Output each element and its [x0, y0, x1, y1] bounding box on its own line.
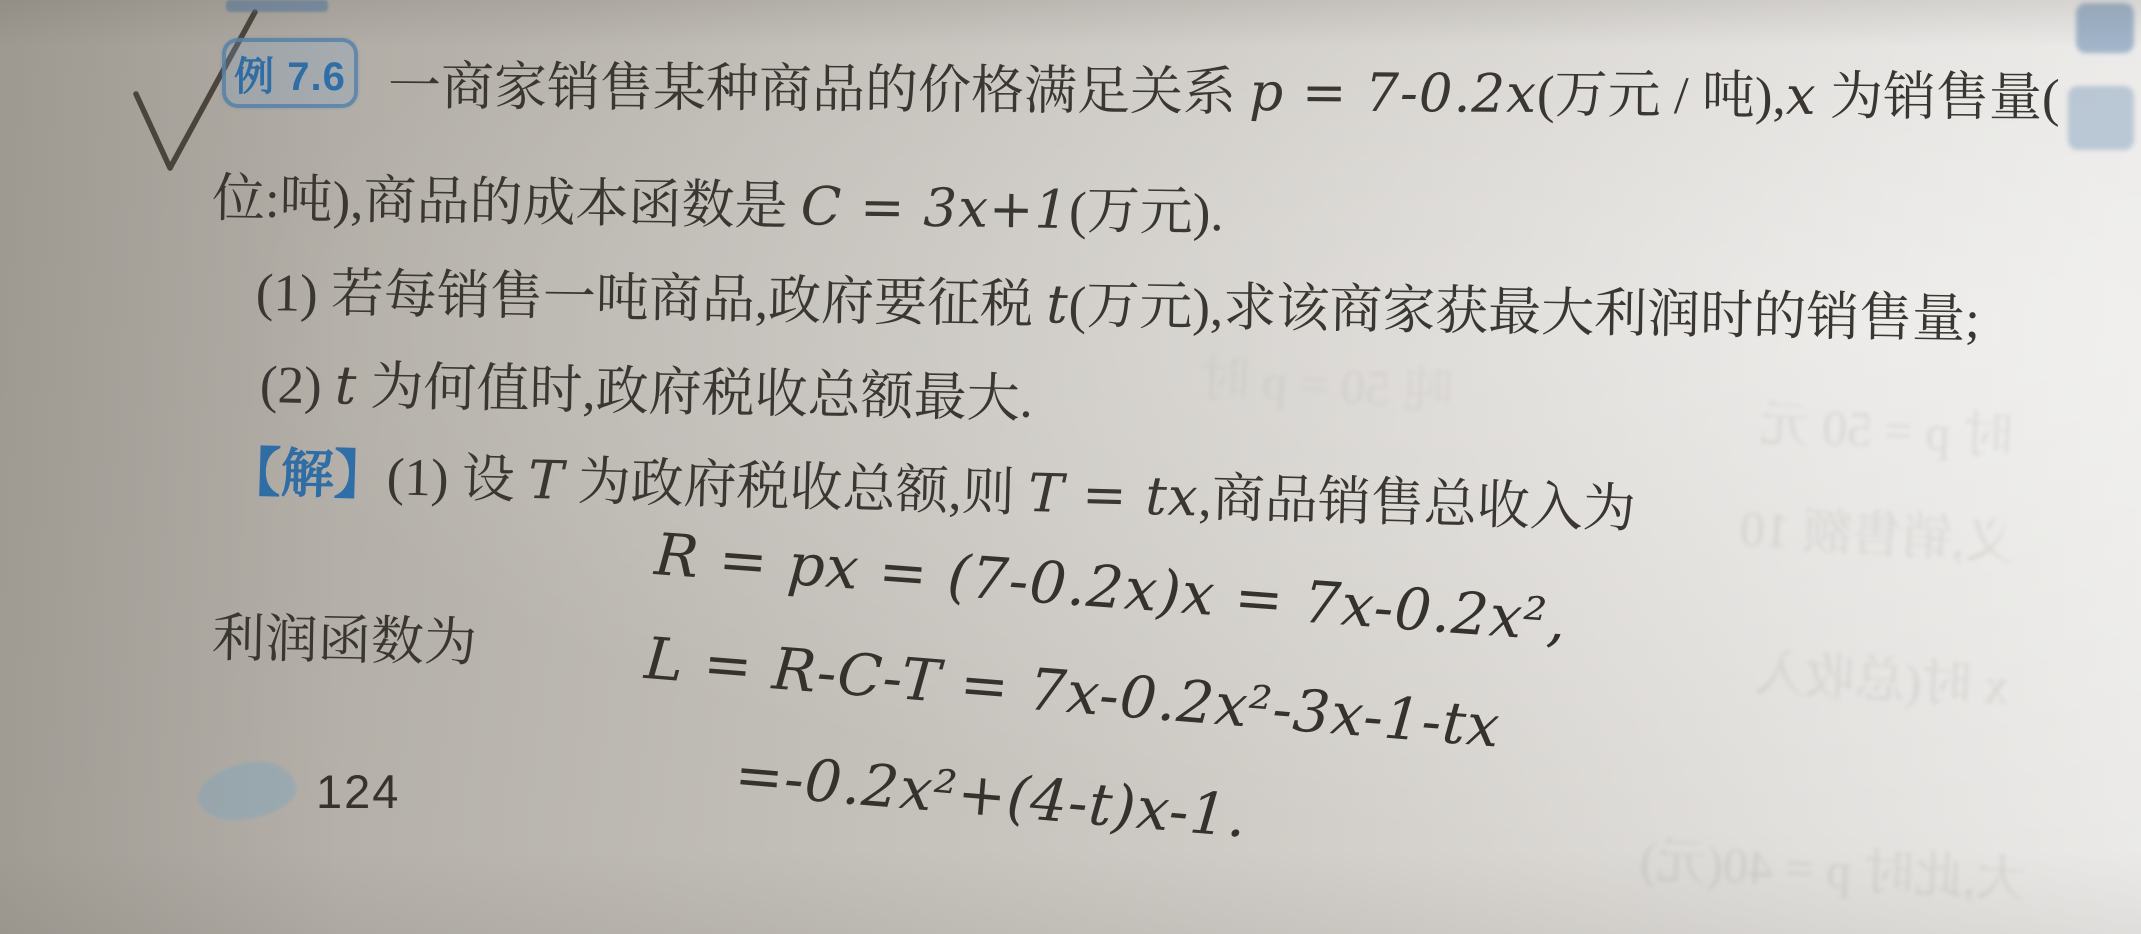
- profit-equation: L = R-C-T = 7x-0.2x²-3x-1-tx: [642, 624, 1503, 761]
- question-text: 为何值时,政府税收总额最大.: [357, 358, 1034, 429]
- textbook-page-photo: 例 7.6 一商家销售某种商品的价格满足关系 p = 7-0.2x(万元 / 吨…: [0, 0, 2141, 934]
- solution-line-1: 【解】(1) 设 T 为政府税收总额,则 T = tx,商品销售总收入为: [227, 430, 1637, 543]
- variable-x: x: [1786, 66, 1817, 127]
- bleedthrough-text: 大,此时 p = 40(元): [1638, 820, 2028, 912]
- variable-T: T: [527, 450, 565, 512]
- tax-formula: T = tx: [1027, 463, 1199, 528]
- solution-text: ,商品销售总收入为: [1198, 469, 1637, 538]
- problem-text: 一商家销售某种商品的价格满足关系: [388, 58, 1250, 122]
- bleedthrough-text: 义,销售额 10: [1738, 488, 2016, 574]
- bleedthrough-blue-mark: [2068, 86, 2134, 150]
- price-formula: p = 7-0.2x: [1249, 62, 1537, 125]
- problem-line-1: 一商家销售某种商品的价格满足关系 p = 7-0.2x(万元 / 吨),x 为销…: [388, 44, 2060, 132]
- bleedthrough-text: x 时(总收入: [1753, 633, 2011, 718]
- variable-t: t: [334, 355, 357, 416]
- problem-text: 为销售量(: [1816, 68, 2059, 128]
- problem-text: 位:吨),商品的成本函数是: [212, 170, 802, 236]
- question-text: (1) 若每销售一吨商品,政府要征税: [255, 264, 1046, 334]
- cost-formula: C = 3x+1: [800, 176, 1069, 241]
- bleedthrough-text: 吨 50 = p 时: [1198, 338, 1455, 423]
- page-number: 124: [316, 764, 400, 819]
- variable-t: t: [1046, 274, 1069, 335]
- problem-text: (万元 / 吨),: [1537, 66, 1786, 126]
- example-badge: 例 7.6: [222, 38, 358, 108]
- question-text: (2): [259, 356, 335, 415]
- solution-text: (1) 设: [386, 448, 529, 510]
- question-2: (2) t 为何值时,政府税收总额最大.: [259, 342, 1033, 433]
- problem-line-2: 位:吨),商品的成本函数是 C = 3x+1(万元).: [211, 156, 1224, 246]
- bleedthrough-blue-mark: [2076, 3, 2134, 53]
- profit-equation-simplified: =-0.2x²+(4-t)x-1.: [732, 740, 1250, 851]
- solve-badge: 【解】: [227, 444, 387, 506]
- ink-blob-decoration: [194, 756, 300, 827]
- problem-text: (万元).: [1069, 182, 1224, 242]
- bleedthrough-blue-mark: [226, 0, 328, 12]
- bleedthrough-text: 时 p = 50 元: [1758, 383, 2015, 468]
- profit-function-label: 利润函数为: [211, 596, 477, 677]
- solution-text: 为政府税收总额,则: [564, 453, 1029, 523]
- question-1: (1) 若每销售一吨商品,政府要征税 t(万元),求该商家获最大利润时的销售量;: [255, 250, 1980, 353]
